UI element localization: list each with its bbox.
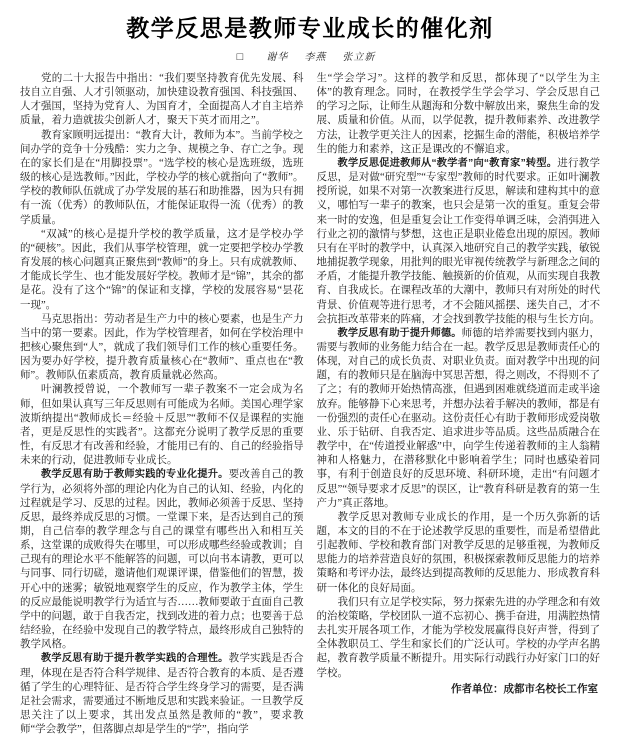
author-names: 谢华李燕张立新 bbox=[258, 52, 383, 63]
author-line: □谢华李燕张立新 bbox=[20, 48, 600, 63]
right-column: 生“学会学习”。这样的教学和反思，都体现了“以学生为主体”的教育理念。同时，在教… bbox=[317, 72, 601, 696]
paragraph: 教学反思有助于提升师德。师德的培养需要找到内驱力，需要与教师的业务能力结合在一起… bbox=[317, 327, 601, 511]
paragraph-lead: 教学反思有助于提升师德。 bbox=[338, 328, 462, 339]
paragraph-lead: 教学反思有助于教师实践的专业化提升。 bbox=[41, 469, 229, 480]
right-column-paragraphs: 生“学会学习”。这样的教学和反思，都体现了“以学生为主体”的教育理念。同时，在教… bbox=[317, 72, 601, 681]
paragraph: 叶澜教授曾说，一个教师写一辈子教案不一定会成为名师，但如果认真写三年反思则有可能… bbox=[20, 383, 304, 468]
author-name: 谢华 bbox=[266, 52, 288, 63]
paragraph: 马克思指出：劳动者是生产力中的核心要素，也是生产力当中的第一要素。因此，作为学校… bbox=[20, 313, 304, 384]
paragraph: 教学反思有助于教师实践的专业化提升。要改善自己的教学行为，必须将外部的理论内化为… bbox=[20, 468, 304, 652]
article-columns: 党的二十大报告中指出：“我们要坚持教育优先发展、科技自立自强、人才引领驱动，加快… bbox=[20, 72, 600, 737]
byline: 作者单位：成都市名校长工作室 bbox=[317, 682, 601, 696]
paragraph: 教育家顾明远提出：“教育大计，教师为本”。当前学校之间办学的竞争十分残酷：实力之… bbox=[20, 129, 304, 228]
author-name: 李燕 bbox=[304, 52, 326, 63]
paragraph-lead: 教学反思有助于提升教学实践的合理性。 bbox=[41, 653, 229, 664]
paragraph: 教学反思促进教师从“教学者”向“教育家”转型。进行教学反思，是对做“研究型”“专… bbox=[317, 157, 601, 327]
paragraph: 党的二十大报告中指出：“我们要坚持教育优先发展、科技自立自强、人才引领驱动，加快… bbox=[20, 72, 304, 129]
article-page: 教学反思是教师专业成长的催化剂 □谢华李燕张立新 党的二十大报告中指出：“我们要… bbox=[0, 0, 618, 746]
paragraph: 教学反思对教师专业成长的作用，是一个历久弥新的话题，本文的目的不在于论述教学反思… bbox=[317, 511, 601, 596]
left-column: 党的二十大报告中指出：“我们要坚持教育优先发展、科技自立自强、人才引领驱动，加快… bbox=[20, 72, 304, 737]
author-name: 张立新 bbox=[342, 52, 375, 63]
paragraph: 生“学会学习”。这样的教学和反思，都体现了“以学生为主体”的教育理念。同时，在教… bbox=[317, 72, 601, 157]
paragraph-lead: 教学反思促进教师从“教学者”向“教育家”转型。 bbox=[338, 158, 558, 169]
paragraph: 我们只有立足学校实际，努力探索先进的办学理念和有效的治校策略，学校团队一道不忘初… bbox=[317, 596, 601, 681]
author-marker-icon: □ bbox=[237, 51, 245, 63]
paragraph: “双减”的核心是提升学校的教学质量，这才是学校办学的“硬核”。因此，我们从事学校… bbox=[20, 228, 304, 313]
paragraph: 教学反思有助于提升教学实践的合理性。教学实践是否合理，体现在是否符合科学规律、是… bbox=[20, 652, 304, 737]
page-title: 教学反思是教师专业成长的催化剂 bbox=[20, 10, 600, 43]
